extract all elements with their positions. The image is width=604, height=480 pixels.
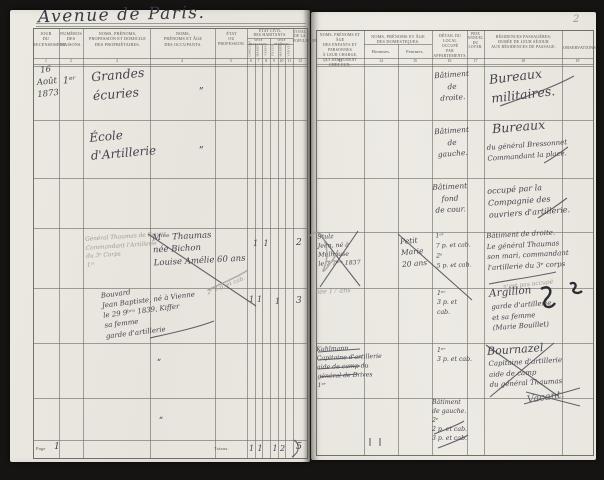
entry-residence-bureaux-militaires: Bureaux militaires. <box>488 62 556 108</box>
entry-house-number: 1ᵉʳ <box>63 74 77 89</box>
column-number: 5 <box>230 59 232 63</box>
grid-line <box>316 120 593 121</box>
entry-residence-argillon-detail: garde d'artillerie et sa femme (Marie Bo… <box>491 298 553 334</box>
grid-line <box>33 66 307 67</box>
grid-line <box>484 30 485 455</box>
col-header-occupants: NOMS, PRÉNOMS ET ÂGE DES OCCUPANTS. <box>151 31 215 47</box>
folio-page-number: 2 <box>573 13 579 28</box>
pencil-note-enfants: née 17 ans <box>315 286 351 297</box>
grid-line <box>398 44 399 455</box>
entry-local-batiment-gauche: Bâtiment de gauche. <box>434 124 470 161</box>
grid-line <box>278 44 279 458</box>
grid-line <box>33 343 307 344</box>
column-number: 6 <box>250 59 252 63</box>
column-number: 10 <box>280 59 284 63</box>
grid-line <box>285 44 286 458</box>
grid-line <box>33 120 307 121</box>
subcol-filles: Filles. <box>272 43 276 56</box>
page-label: Page <box>36 446 46 452</box>
grid-line <box>293 28 294 458</box>
total-mariees: 2 <box>280 443 285 455</box>
grid-line <box>33 398 307 399</box>
col-header-jour: JOUR du recensement. <box>33 31 59 47</box>
col-header-proprietaires: NOMS, PRÉNOMS, PROFESSION ET DOMICILE DE… <box>85 31 150 47</box>
column-number: 8 <box>265 59 267 63</box>
column-number: 16 <box>448 59 452 63</box>
column-number: 4 <box>181 59 183 63</box>
grid-line <box>364 30 365 455</box>
col-header-hommes: Hommes. <box>364 49 398 55</box>
entry-residence-compagnie-ouvriers: occupé par la Compagnie des ouvriers d'a… <box>487 180 571 222</box>
col-header-observations: OBSERVATIONS. <box>563 45 593 50</box>
ditto-mark: ʺ <box>199 145 204 160</box>
col-header-residences: RÉSIDENCES PASSAGÈRES; durée de leur séj… <box>485 34 562 50</box>
entry-local-detail: 1ᵉʳ 7 p. et cab. 2ᵉ 5 p. et cab. <box>435 230 471 271</box>
grid-line <box>262 44 263 458</box>
entry-local-detail: 1ᵉʳ 3 p. et cab. <box>437 346 472 365</box>
subcol-veuves: Veuves. <box>288 43 292 56</box>
entry-local-batiment-droite: Bâtiment de droite. <box>434 68 470 105</box>
col-header-etat-civil: ÉTAT CIVIL DES HABITANTS. <box>247 29 293 38</box>
column-number: 3 <box>116 59 118 63</box>
entry-proprietor-ecole-artillerie: École d'Artillerie <box>89 123 157 165</box>
col-header-etat: ÉTAT ou PROFESSION. <box>216 31 247 47</box>
total-population: 5 <box>296 440 302 454</box>
entry-local-detail: 1ᵉʳ 3 p. et cab. <box>437 289 457 317</box>
subcol-veufs: Veufs. <box>265 43 269 56</box>
grid-line <box>33 178 307 179</box>
column-number: 1 <box>45 59 47 63</box>
grid-line <box>33 228 307 229</box>
column-number: 12 <box>298 59 302 63</box>
column-number: 13 <box>338 59 342 63</box>
column-number: 11 <box>287 59 291 63</box>
grid-line <box>247 28 248 458</box>
total-filles: 1 <box>273 443 278 455</box>
column-number: 2 <box>70 59 72 63</box>
entry-date: 16 Août 1873 <box>33 64 61 102</box>
column-number: 17 <box>474 59 478 63</box>
totaux-label: Totaux. <box>214 446 229 452</box>
column-number: 14 <box>379 59 383 63</box>
entry-occupant-thaumas: Mᵐᵉ Thaumas née Bichon Louise Amélie 60 … <box>152 228 246 270</box>
grid-line <box>270 38 271 458</box>
ditto-mark: ʺ <box>157 358 161 371</box>
entry-enfants-raye-stulz: Stulz Jean, né à Mulhouse le 7 7ᵇʳᵉ 1837 <box>317 232 360 269</box>
subcol-maries: Mariés. <box>257 43 261 56</box>
entry-residence-thaumas: Bâtiment de droite. Le général Thaumas s… <box>486 227 570 273</box>
street-title: Avenue de Paris. <box>38 1 206 30</box>
ditto-mark: ʺ <box>199 86 204 101</box>
register-scan: { "document": { "street_title": "Avenue … <box>0 0 604 480</box>
column-number: 7 <box>258 59 260 63</box>
col-header-total: TOTAL de la population. <box>293 30 307 43</box>
stat-maries: 1 <box>257 294 262 306</box>
total-maries: 1 <box>258 443 263 455</box>
col-header-enfants: NOMS, PRÉNOMS ET ÂGE DES ENFANTS ET PERS… <box>317 33 363 69</box>
col-header-prix: PRIX annuel du LOYER. <box>467 32 484 49</box>
subcol-garcons: Garçons. <box>249 43 253 56</box>
grid-line <box>255 44 256 458</box>
page-value: 1 <box>54 441 60 454</box>
entry-local-fond-de-cour: Bâtiment fond de cour. <box>432 180 468 217</box>
stat-maries: 1 <box>253 238 258 250</box>
entry-residence-bournazel-detail: Capitaine d'artillerie aide de camp du g… <box>488 355 563 390</box>
column-number: 9 <box>273 59 275 63</box>
grid-line <box>316 178 593 179</box>
col-header-numeros: NUMÉROS des maisons. <box>59 31 83 47</box>
entry-proprietor-grandes-ecuries: Grandes écuries <box>90 64 146 106</box>
grid-line <box>33 440 307 441</box>
entry-domestique-petit-marie: Petit Marie 20 ans <box>400 234 428 270</box>
stat-row-total: 3 <box>296 295 302 308</box>
grid-line <box>83 28 84 458</box>
total-garcons: 1 <box>249 443 254 455</box>
column-number: 15 <box>413 59 417 63</box>
stat-mariees: 1 <box>275 296 280 308</box>
col-header-femmes: Femmes. <box>398 49 432 55</box>
stat-row-total: 2 <box>296 237 302 250</box>
subcol-mariees: Mariées. <box>280 43 284 56</box>
grid-line <box>432 30 433 455</box>
col-header-local: DÉTAIL DU LOCAL occupé PAR APPARTEMENTS. <box>433 34 467 59</box>
ditto-mark: ʺ <box>159 416 163 429</box>
entry-local-batiment-gauche-detail: Bâtiment de gauche. 2ᵉ 2 p. et cab. 3 p.… <box>432 399 467 444</box>
stat-garcons: 1 <box>249 294 254 306</box>
stat-mariees: 1 <box>264 238 269 250</box>
entry-enfants-raye-kuhlmann: Kuhlmann Capitaine d'artillerie aide de … <box>316 344 383 391</box>
col-header-domestiques: NOMS, PRÉNOMS ET ÂGE DES DOMESTIQUES. <box>365 34 431 45</box>
column-number: 18 <box>521 59 525 63</box>
column-number: 19 <box>576 59 580 63</box>
